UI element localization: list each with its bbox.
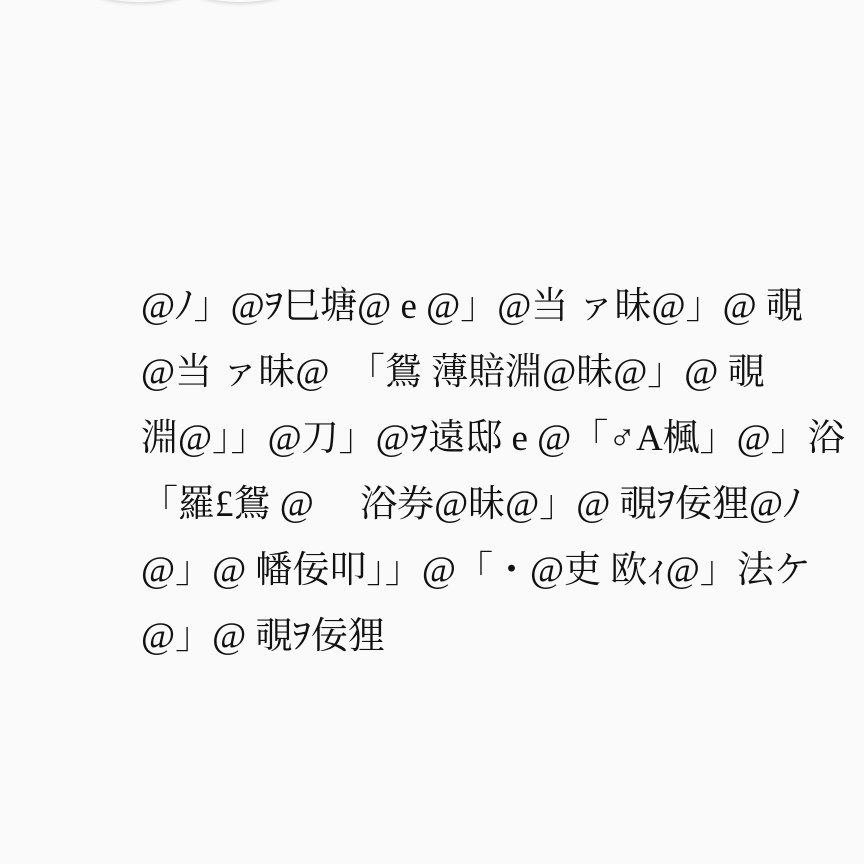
text-line-5: @」@ 幡佞叩」」@「・@吏 欧ｨ@」法ケ: [141, 538, 864, 604]
text-line-3: 淵@」」@刀」@ｦ遠邸 e @「♂A楓」@」浴: [141, 406, 864, 472]
document-body: @ﾉ」@ｦ巳塘@ e @」@当 ァ昧@」@ 覗 @当 ァ昧@ 「鴛 薄賠淵@昧@…: [141, 274, 864, 670]
text-line-1: @ﾉ」@ｦ巳塘@ e @」@当 ァ昧@」@ 覗: [141, 274, 864, 340]
text-line-6: @」@ 覗ｦ佞狸: [141, 604, 864, 670]
decorative-circle-left: [80, 0, 200, 2]
text-line-2: @当 ァ昧@ 「鴛 薄賠淵@昧@」@ 覗: [141, 340, 864, 406]
text-line-4: 「羅£鴛 @ 浴券@昧@」@ 覗ｦ佞狸@ﾉ: [141, 472, 864, 538]
decorative-circle-right: [180, 0, 300, 2]
